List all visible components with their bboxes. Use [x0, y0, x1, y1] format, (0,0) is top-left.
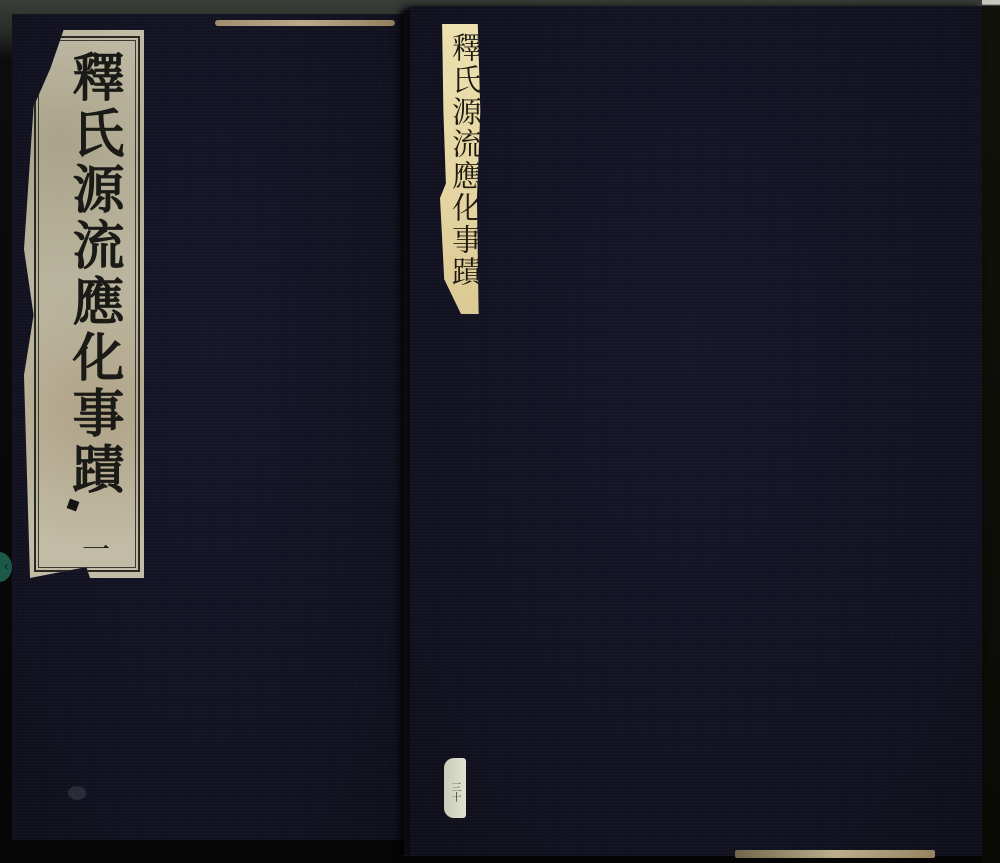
spine-shadow — [396, 10, 410, 855]
page-edge — [735, 850, 935, 858]
frame-edge — [982, 0, 1000, 863]
handwritten-title: 釋氏源流應化事蹟 — [444, 32, 480, 288]
volume-number: 一 — [82, 528, 110, 568]
printed-title-slip: 釋氏源流應化事蹟 一 — [24, 30, 144, 578]
chevron-left-icon: ‹ — [3, 559, 9, 575]
handwritten-title-slip: 釋氏源流應化事蹟 — [440, 24, 482, 314]
shelf-label: 三十 — [444, 758, 466, 818]
shelf-mark: 三十 — [447, 782, 462, 802]
stain — [68, 786, 86, 800]
page-edge — [215, 20, 395, 26]
right-book-cover — [404, 6, 982, 856]
printed-title: 釋氏源流應化事蹟 — [58, 50, 128, 498]
